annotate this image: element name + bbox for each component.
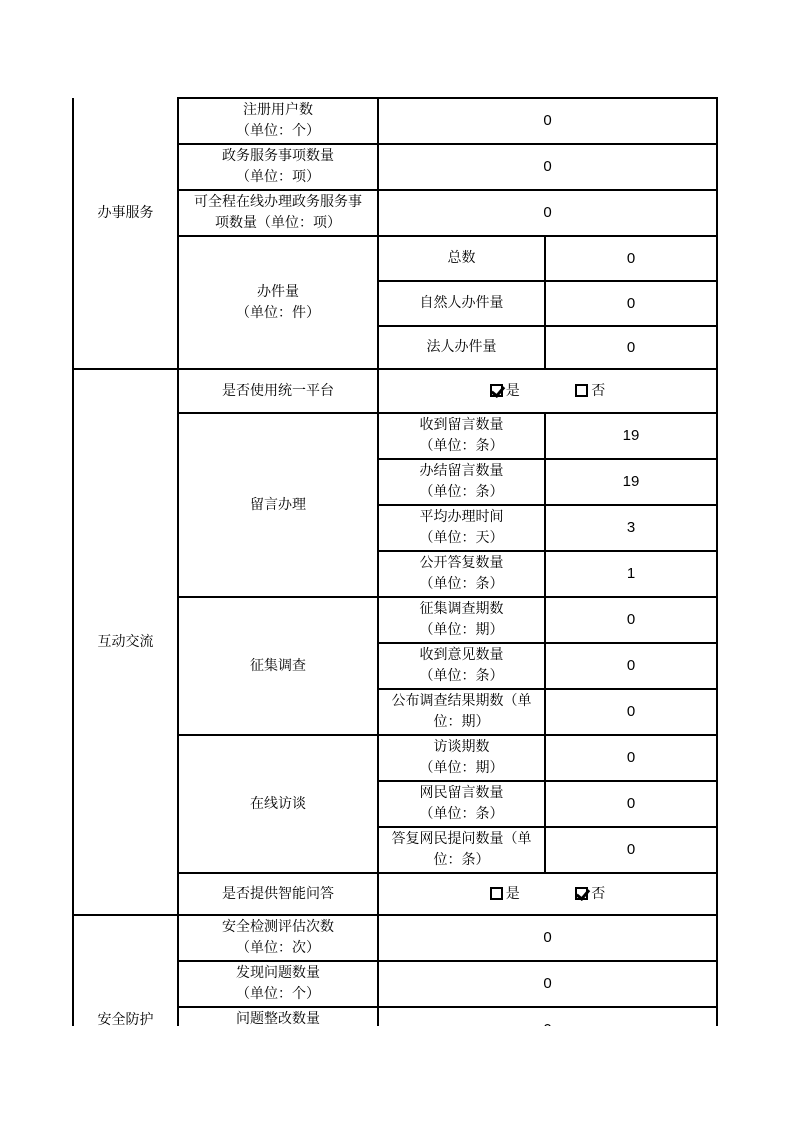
- row-value-problems-rectified: 0: [378, 1007, 717, 1026]
- row-label-security-assessments: 安全检测评估次数 （单位：次）: [178, 915, 378, 961]
- row-value-smart-qa: 是 否: [378, 873, 717, 915]
- row-value-netizen-questions-answered: 0: [545, 827, 717, 873]
- option-no: 否: [575, 381, 605, 402]
- row-value-natural-person: 0: [545, 281, 717, 326]
- row-value-unified-platform: 是 否: [378, 369, 717, 413]
- print-area: 办事服务 注册用户数 （单位：个） 0 政务服务事项数量 （单位：项） 0 可全…: [0, 0, 793, 1026]
- row-value-survey-periods: 0: [545, 597, 717, 643]
- row-value-service-items: 0: [378, 144, 717, 190]
- row-label-opinions-received: 收到意见数量 （单位：条）: [378, 643, 545, 689]
- row-value-registered-users: 0: [378, 98, 717, 144]
- option-yes-label: 是: [506, 384, 520, 399]
- group-label-banjianliang: 办件量 （单位：件）: [178, 236, 378, 369]
- section-label-hudongjiaoliu: 互动交流: [73, 369, 178, 915]
- checkbox-no-icon: [575, 887, 588, 900]
- report-page: 办事服务 注册用户数 （单位：个） 0 政务服务事项数量 （单位：项） 0 可全…: [0, 0, 793, 1122]
- row-value-messages-received: 19: [545, 413, 717, 459]
- row-label-service-items: 政务服务事项数量 （单位：项）: [178, 144, 378, 190]
- row-label-natural-person: 自然人办件量: [378, 281, 545, 326]
- option-yes: 是: [490, 381, 520, 402]
- checkbox-yes-icon: [490, 384, 503, 397]
- option-yes: 是: [490, 884, 520, 905]
- row-label-survey-results-published: 公布调查结果期数（单 位：期）: [378, 689, 545, 735]
- row-value-opinions-received: 0: [545, 643, 717, 689]
- row-value-problems-found: 0: [378, 961, 717, 1007]
- group-label-zhengjidiaocha: 征集调查: [178, 597, 378, 735]
- section-label: 互动交流: [98, 635, 154, 650]
- row-label-survey-periods: 征集调查期数 （单位：期）: [378, 597, 545, 643]
- row-label-public-replies: 公开答复数量 （单位：条）: [378, 551, 545, 597]
- row-value-online-service-items: 0: [378, 190, 717, 236]
- option-no-label: 否: [591, 887, 605, 902]
- row-label-netizen-messages: 网民留言数量 （单位：条）: [378, 781, 545, 827]
- row-value-legal-person: 0: [545, 326, 717, 369]
- section-label-anquanfanghu: 安全防护: [74, 1010, 177, 1026]
- row-label-unified-platform: 是否使用统一平台: [178, 369, 378, 413]
- row-value-average-handling-time: 3: [545, 505, 717, 551]
- row-label-interview-periods: 访谈期数 （单位：期）: [378, 735, 545, 781]
- row-label-problems-found: 发现问题数量 （单位：个）: [178, 961, 378, 1007]
- checkbox-no-icon: [575, 384, 588, 397]
- group-label-liuyanbanli: 留言办理: [178, 413, 378, 597]
- row-value-survey-results-published: 0: [545, 689, 717, 735]
- row-value-security-assessments: 0: [378, 915, 717, 961]
- row-label-total: 总数: [378, 236, 545, 281]
- row-label-problems-rectified: 问题整改数量 （单位：个）: [178, 1007, 378, 1026]
- report-table: 办事服务 注册用户数 （单位：个） 0 政务服务事项数量 （单位：项） 0 可全…: [72, 97, 718, 1026]
- option-no-label: 否: [591, 384, 605, 399]
- row-label-registered-users: 注册用户数 （单位：个）: [178, 98, 378, 144]
- row-label-average-handling-time: 平均办理时间 （单位：天）: [378, 505, 545, 551]
- row-value-total: 0: [545, 236, 717, 281]
- row-value-interview-periods: 0: [545, 735, 717, 781]
- option-no: 否: [575, 884, 605, 905]
- row-label-smart-qa: 是否提供智能问答: [178, 873, 378, 915]
- row-label-online-service-items: 可全程在线办理政务服务事 项数量（单位：项）: [178, 190, 378, 236]
- group-label-zaixianfangtan: 在线访谈: [178, 735, 378, 873]
- row-label-legal-person: 法人办件量: [378, 326, 545, 369]
- row-value-public-replies: 1: [545, 551, 717, 597]
- row-label-netizen-questions-answered: 答复网民提问数量（单 位：条）: [378, 827, 545, 873]
- checkbox-yes-icon: [490, 887, 503, 900]
- row-value-netizen-messages: 0: [545, 781, 717, 827]
- row-label-messages-resolved: 办结留言数量 （单位：条）: [378, 459, 545, 505]
- row-value-messages-resolved: 19: [545, 459, 717, 505]
- option-yes-label: 是: [506, 887, 520, 902]
- section-label: 办事服务: [98, 206, 154, 221]
- row-label-messages-received: 收到留言数量 （单位：条）: [378, 413, 545, 459]
- section-label-banshifuwu: 办事服务: [73, 98, 178, 369]
